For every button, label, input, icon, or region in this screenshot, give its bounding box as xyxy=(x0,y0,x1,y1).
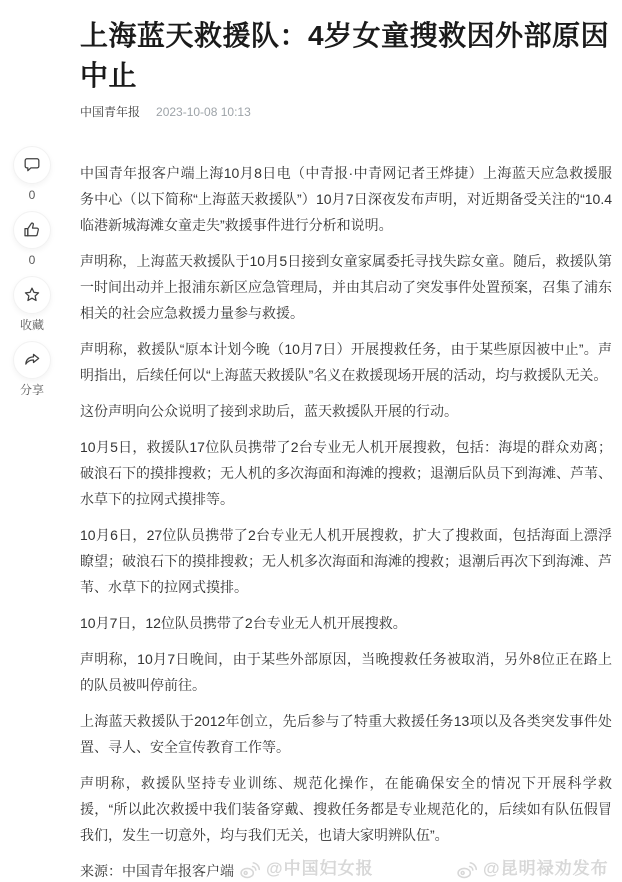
article-source[interactable]: 中国青年报 xyxy=(80,103,140,120)
star-icon xyxy=(22,285,42,305)
paragraph: 中国青年报客户端上海10月8日电（中青报·中青网记者王烨捷）上海蓝天应急救援服务… xyxy=(80,160,612,238)
comment-button[interactable] xyxy=(13,146,51,184)
paragraph: 10月5日，救援队17位队员携带了2台专业无人机开展搜救，包括：海堤的群众劝离；… xyxy=(80,434,612,512)
paragraph: 声明称，救援队“原本计划今晚（10月7日）开展搜救任务，由于某些原因被中止”。声… xyxy=(80,336,612,388)
paragraph: 这份声明向公众说明了接到求助后，蓝天救援队开展的行动。 xyxy=(80,398,612,424)
like-rail-item: 0 xyxy=(13,211,51,267)
share-label: 分享 xyxy=(20,383,44,397)
watermark-text: @昆明禄劝发布 xyxy=(483,856,609,882)
like-button[interactable] xyxy=(13,211,51,249)
weibo-icon xyxy=(455,858,478,881)
favorite-rail-item: 收藏 xyxy=(13,276,51,332)
source-row: 来源：中国青年报客户端 @中国妇女报 @昆明禄劝发布 xyxy=(80,858,612,882)
paragraph: 10月7日，12位队员携带了2台专业无人机开展搜救。 xyxy=(80,610,612,636)
thumbs-up-icon xyxy=(22,220,42,240)
watermark: @昆明禄劝发布 xyxy=(455,856,609,882)
comment-rail-item: 0 xyxy=(13,146,51,202)
action-rail: 0 0 收藏 分享 xyxy=(11,146,53,406)
source-line: 来源：中国青年报客户端 xyxy=(80,863,234,879)
share-rail-item: 分享 xyxy=(13,341,51,397)
article-title: 上海蓝天救援队：4岁女童搜救因外部原因中止 xyxy=(80,16,612,96)
article-meta: 中国青年报 2023-10-08 10:13 xyxy=(80,103,612,120)
paragraph: 上海蓝天救援队于2012年创立，先后参与了特重大救援任务13项以及各类突发事件处… xyxy=(80,708,612,760)
like-count: 0 xyxy=(29,253,36,267)
watermark: @中国妇女报 xyxy=(238,856,374,882)
favorite-button[interactable] xyxy=(13,276,51,314)
article-container: 上海蓝天救援队：4岁女童搜救因外部原因中止 中国青年报 2023-10-08 1… xyxy=(80,0,612,882)
comment-icon xyxy=(22,155,42,175)
share-button[interactable] xyxy=(13,341,51,379)
comment-count: 0 xyxy=(29,188,36,202)
article-body: 中国青年报客户端上海10月8日电（中青报·中青网记者王烨捷）上海蓝天应急救援服务… xyxy=(80,160,612,848)
paragraph: 声明称，10月7日晚间，由于某些外部原因，当晚搜救任务被取消，另外8位正在路上的… xyxy=(80,646,612,698)
publish-time: 2023-10-08 10:13 xyxy=(156,105,251,119)
paragraph: 声明称，上海蓝天救援队于10月5日接到女童家属委托寻找失踪女童。随后，救援队第一… xyxy=(80,248,612,326)
paragraph: 声明称，救援队坚持专业训练、规范化操作，在能确保安全的情况下开展科学救援，“所以… xyxy=(80,770,612,848)
watermark-text: @中国妇女报 xyxy=(266,856,374,882)
share-icon xyxy=(22,350,42,370)
favorite-label: 收藏 xyxy=(20,318,44,332)
weibo-icon xyxy=(238,858,261,881)
paragraph: 10月6日，27位队员携带了2台专业无人机开展搜救，扩大了搜救面，包括海面上漂浮… xyxy=(80,522,612,600)
